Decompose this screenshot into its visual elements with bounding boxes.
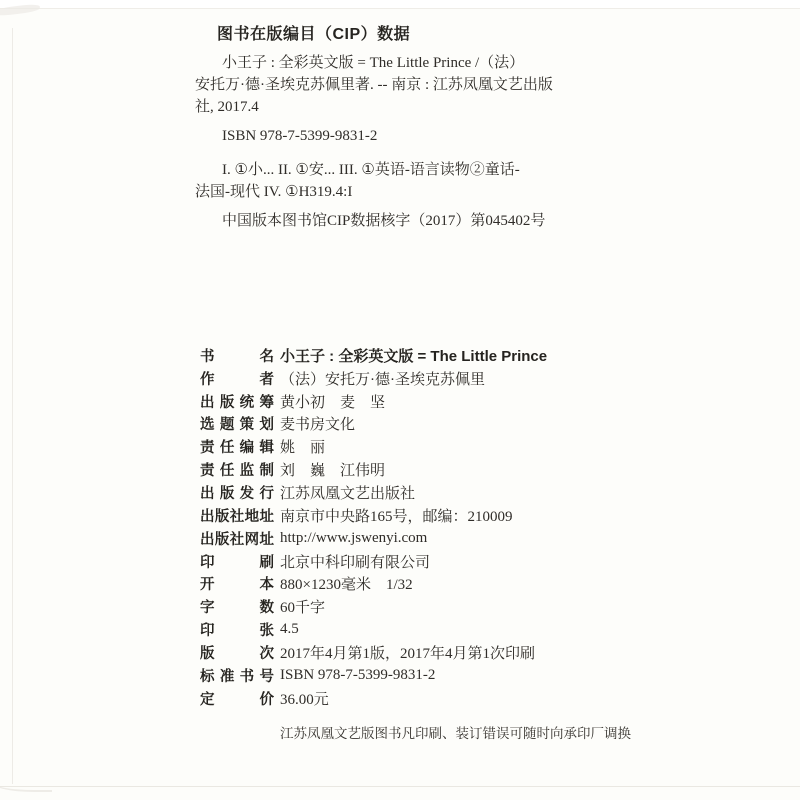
colophon-row: 印刷 北京中科印刷有限公司 — [200, 550, 547, 573]
colophon-row-label: 作者 — [200, 368, 274, 389]
cip-record-line: 中国版本图书馆CIP数据核字（2017）第045402号 — [195, 210, 553, 232]
colophon-row-value: 黄小初 麦 坚 — [280, 391, 385, 412]
colophon-row-label: 版次 — [200, 642, 274, 663]
colophon-row: 标准书号 ISBN 978-7-5399-9831-2 — [200, 664, 547, 687]
colophon-row-value: （法）安托万·德·圣埃克苏佩里 — [280, 368, 485, 389]
colophon-row-label: 选题策划 — [200, 413, 274, 434]
colophon-row: 出版社网址 http://www.jswenyi.com — [200, 527, 547, 550]
scan-bottom-edge-line — [0, 786, 800, 787]
colophon-row: 出版社地址 南京市中央路165号，邮编：210009 — [200, 504, 547, 527]
colophon-row: 书名 小王子 : 全彩英文版 = The Little Prince — [200, 344, 547, 367]
colophon-row-value: 麦书房文化 — [280, 413, 355, 434]
colophon-row-value: 4.5 — [280, 621, 299, 638]
colophon-row: 开本 880×1230毫米 1/32 — [200, 572, 547, 595]
colophon-row-value: 36.00元 — [280, 688, 329, 709]
colophon-row-value: 姚 丽 — [280, 436, 325, 457]
colophon-row-value: http://www.jswenyi.com — [280, 530, 427, 547]
cip-header: 图书在版编目（CIP）数据 — [217, 21, 410, 44]
colophon-row-label: 开本 — [200, 573, 274, 594]
footer-note: 江苏凤凰文艺版图书凡印刷、装订错误可随时向承印厂调换 — [280, 722, 631, 742]
colophon-row-value: 小王子 : 全彩英文版 = The Little Prince — [280, 345, 547, 366]
colophon-row-label: 定价 — [200, 688, 274, 709]
colophon-row-label: 标准书号 — [200, 665, 274, 686]
colophon-row-label: 印张 — [200, 619, 274, 640]
colophon-row-value: 北京中科印刷有限公司 — [280, 551, 430, 572]
scan-top-edge — [0, 0, 800, 9]
cip-author-line: 安托万·德·圣埃克苏佩里著. -- 南京 : 江苏凤凰文艺出版 — [195, 74, 553, 96]
colophon-row: 责任监制 刘 巍 江伟明 — [200, 458, 547, 481]
colophon-row-value: 南京市中央路165号，邮编：210009 — [280, 505, 513, 526]
colophon-row-label: 责任监制 — [200, 459, 274, 480]
cip-publisher-line: 社, 2017.4 — [195, 96, 553, 118]
scan-left-edge-line — [12, 28, 13, 784]
colophon-row-value: 刘 巍 江伟明 — [280, 459, 385, 480]
colophon-row-label: 字数 — [200, 596, 274, 617]
colophon-row-label: 责任编辑 — [200, 436, 274, 457]
colophon-row-label: 书名 — [200, 345, 274, 366]
cip-block: 小王子 : 全彩英文版 = The Little Prince /（法） 安托万… — [195, 52, 553, 232]
colophon-row-label: 出版社地址 — [200, 505, 274, 526]
colophon-row-value: 880×1230毫米 1/32 — [280, 573, 413, 594]
colophon-row-value: 江苏凤凰文艺出版社 — [280, 482, 415, 503]
book-copyright-page: 图书在版编目（CIP）数据 小王子 : 全彩英文版 = The Little P… — [0, 0, 800, 800]
cip-title-line: 小王子 : 全彩英文版 = The Little Prince /（法） — [195, 52, 553, 74]
colophon-row: 印张 4.5 — [200, 618, 547, 641]
colophon-row: 选题策划 麦书房文化 — [200, 413, 547, 436]
colophon-row: 定价 36.00元 — [200, 687, 547, 710]
colophon-row-label: 出版发行 — [200, 482, 274, 503]
colophon-table: 书名 小王子 : 全彩英文版 = The Little Prince 作者 （法… — [200, 344, 547, 710]
colophon-row: 版次 2017年4月第1版，2017年4月第1次印刷 — [200, 641, 547, 664]
cip-classification-line1: I. ①小... II. ①安... III. ①英语-语言读物②童话- — [195, 159, 553, 181]
colophon-row-value: 60千字 — [280, 596, 325, 617]
cip-isbn-line: ISBN 978-7-5399-9831-2 — [195, 125, 553, 147]
colophon-row-value: 2017年4月第1版，2017年4月第1次印刷 — [280, 642, 535, 663]
cip-classification-line2: 法国-现代 IV. ①H319.4:I — [195, 181, 553, 203]
colophon-row-label: 出版社网址 — [200, 528, 274, 549]
colophon-row: 责任编辑 姚 丽 — [200, 435, 547, 458]
scan-corner-mark-bottomleft — [0, 778, 52, 792]
colophon-row: 出版发行 江苏凤凰文艺出版社 — [200, 481, 547, 504]
colophon-row-label: 出版统筹 — [200, 391, 274, 412]
colophon-row: 出版统筹 黄小初 麦 坚 — [200, 390, 547, 413]
colophon-row: 字数 60千字 — [200, 595, 547, 618]
colophon-row: 作者 （法）安托万·德·圣埃克苏佩里 — [200, 367, 547, 390]
colophon-row-value: ISBN 978-7-5399-9831-2 — [280, 667, 435, 684]
colophon-row-label: 印刷 — [200, 551, 274, 572]
